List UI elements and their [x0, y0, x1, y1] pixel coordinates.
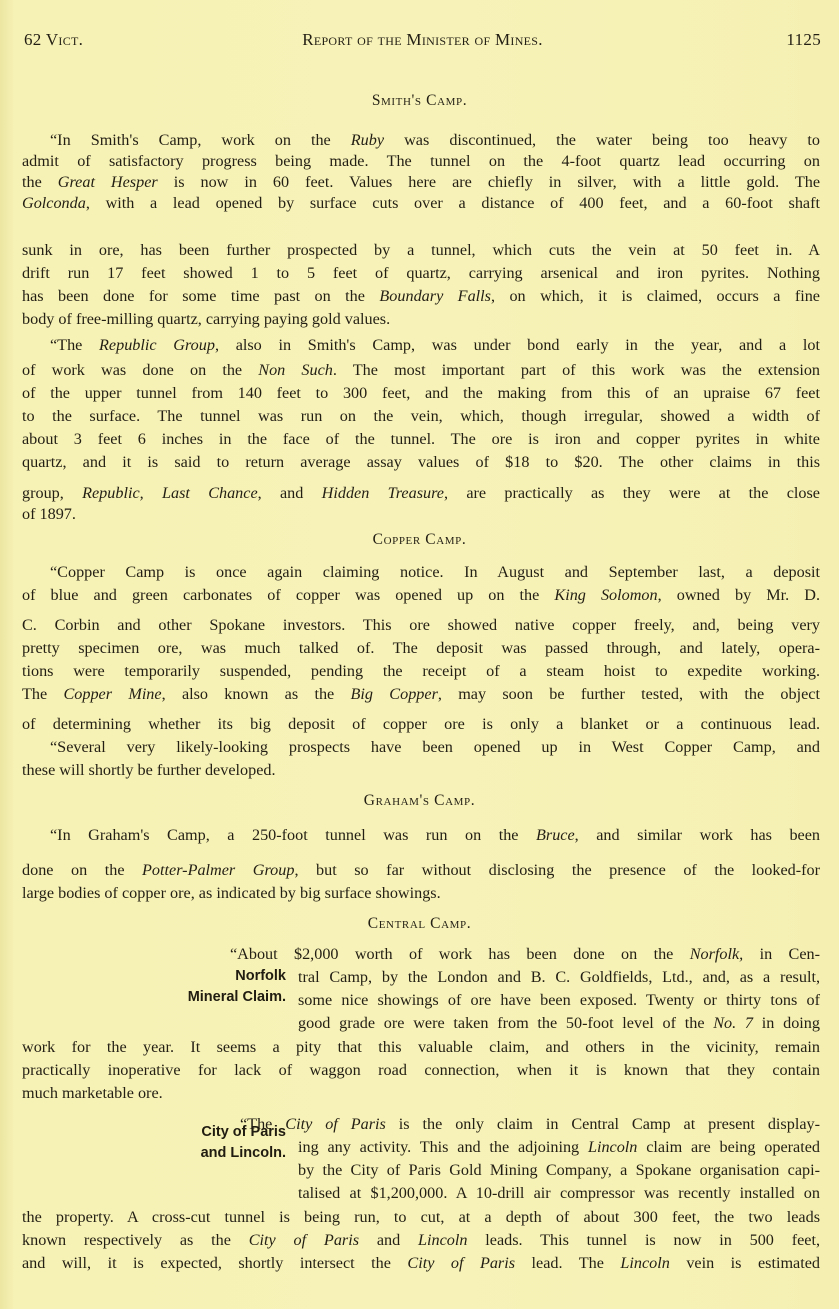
sidenote-line: Norfolk [20, 966, 286, 987]
text-line: drift run 17 feet showed 1 to 5 feet of … [22, 263, 820, 284]
text-line: C. Corbin and other Spokane investors. T… [22, 615, 820, 636]
text-line: of work was done on the Non Such. The mo… [22, 360, 820, 381]
text-line: ing any activity. This and the adjoining… [298, 1137, 820, 1158]
text-line: known respectively as the City of Paris … [22, 1230, 820, 1251]
page-number: 1125 [786, 30, 821, 50]
text-line: The Copper Mine, also known as the Big C… [22, 684, 820, 705]
text-line: sunk in ore, has been further prospected… [22, 240, 820, 261]
text-line: practically inoperative for lack of wagg… [22, 1060, 820, 1081]
text-line: the Great Hesper is now in 60 feet. Valu… [22, 172, 820, 193]
sidenote-line: Mineral Claim. [20, 987, 286, 1008]
text-line: the property. A cross-cut tunnel is bein… [22, 1207, 820, 1228]
text-line: admit of satisfactory progress being mad… [22, 151, 820, 172]
text-line: of determining whether its big deposit o… [22, 714, 820, 735]
text-line: “In Smith's Camp, work on the Ruby was d… [50, 130, 820, 151]
text-line: and will, it is expected, shortly inters… [22, 1253, 820, 1274]
text-line: done on the Potter-Palmer Group, but so … [22, 860, 820, 881]
text-line: tions were temporarily suspended, pendin… [22, 661, 820, 682]
text-line: of the upper tunnel from 140 feet to 300… [22, 383, 820, 404]
text-line: has been done for some time past on the … [22, 286, 820, 307]
section-heading-smiths-camp: Smith's Camp. [0, 92, 839, 110]
sidenote-norfolk: Norfolk Mineral Claim. [20, 966, 286, 1008]
text-line: “The City of Paris is the only claim in … [240, 1114, 820, 1135]
text-line: of 1897. [22, 504, 820, 525]
text-line: “In Graham's Camp, a 250-foot tunnel was… [50, 825, 820, 846]
text-line: “About $2,000 worth of work has been don… [230, 944, 820, 965]
text-line: quartz, and it is said to return average… [22, 452, 820, 473]
text-line: these will shortly be further developed. [22, 760, 820, 781]
sidenote-line: and Lincoln. [20, 1143, 286, 1164]
text-line: tral Camp, by the London and B. C. Goldf… [298, 967, 820, 988]
section-heading-copper-camp: Copper Camp. [0, 531, 839, 549]
section-heading-grahams-camp: Graham's Camp. [0, 792, 839, 810]
text-line: to the surface. The tunnel was run on th… [22, 406, 820, 427]
section-heading-central-camp: Central Camp. [0, 915, 839, 933]
text-line: “Several very likely-looking prospects h… [50, 737, 820, 758]
text-line: pretty specimen ore, was much talked of.… [22, 638, 820, 659]
running-head: 62 Vict. Report of the Minister of Mines… [24, 30, 821, 54]
text-line: work for the year. It seems a pity that … [22, 1037, 820, 1058]
text-line: of blue and green carbonates of copper w… [22, 585, 820, 606]
text-line: “Copper Camp is once again claiming noti… [50, 562, 820, 583]
text-line: large bodies of copper ore, as indicated… [22, 883, 820, 904]
text-line: Golconda, with a lead opened by surface … [22, 193, 820, 214]
text-line: about 3 feet 6 inches in the face of the… [22, 429, 820, 450]
text-line: “The Republic Group, also in Smith's Cam… [50, 335, 820, 356]
text-line: body of free-milling quartz, carrying pa… [22, 309, 820, 330]
text-line: by the City of Paris Gold Mining Company… [298, 1160, 820, 1181]
text-line: good grade ore were taken from the 50-fo… [298, 1013, 820, 1034]
text-line: talised at $1,200,000. A 10-drill air co… [298, 1183, 820, 1204]
text-line: group, Republic, Last Chance, and Hidden… [22, 483, 820, 504]
text-line: much marketable ore. [22, 1083, 820, 1104]
page-title: Report of the Minister of Mines. [24, 30, 821, 50]
text-line: some nice showings of ore have been expo… [298, 990, 820, 1011]
